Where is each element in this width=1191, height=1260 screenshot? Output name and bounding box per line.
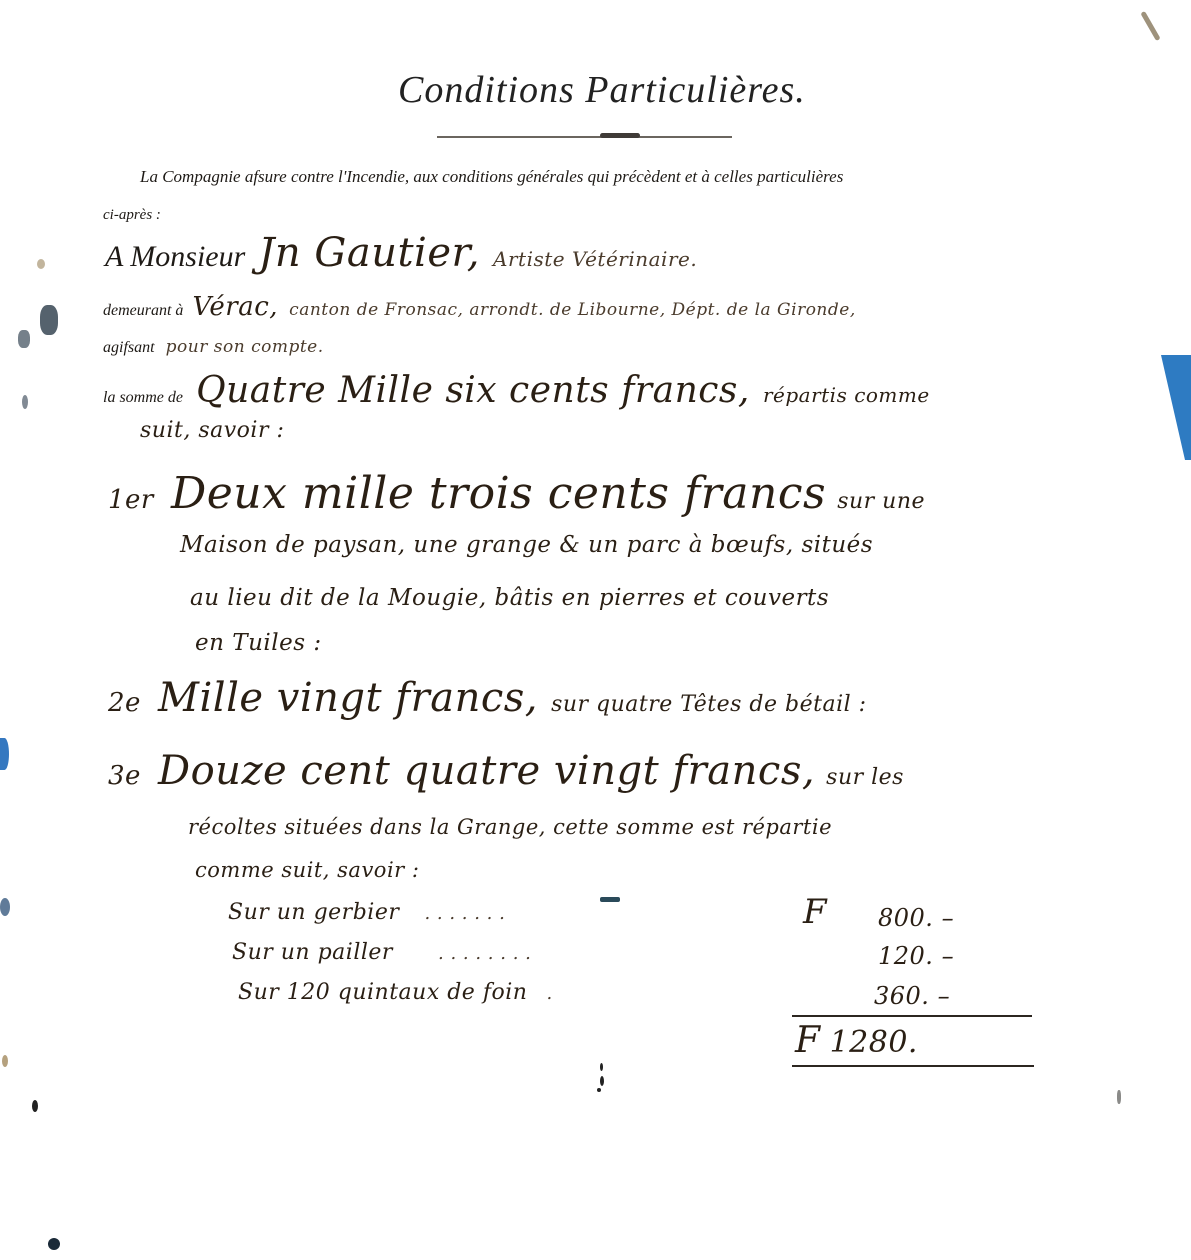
blue-mark [0, 738, 9, 770]
blue-paper-edge [1161, 355, 1191, 460]
breakdown-row: Sur un pailler . . . . . . . . 120. – [232, 940, 1012, 965]
total-currency-symbol: F [795, 1020, 820, 1061]
item-1-amount-words: Deux mille trois cents francs [171, 468, 826, 519]
insured-line: A Monsieur Jn Gautier, Artiste Vétérinai… [105, 230, 697, 276]
item-3-line-2: récoltes situées dans la Grange, cette s… [188, 815, 832, 839]
item-1-line-1: 1er Deux mille trois cents francs sur un… [108, 468, 925, 519]
item-3-number: 3e [108, 761, 141, 791]
sum-prefix: la somme de [103, 389, 183, 406]
acting-value: pour son compte. [166, 337, 324, 357]
breakdown-leader: . . . . . . . . [438, 943, 531, 964]
breakdown-label: Sur un gerbier [228, 900, 399, 925]
breakdown-label: Sur 120 quintaux de foin [238, 980, 527, 1005]
ink-blot [1117, 1090, 1121, 1104]
item-3-suffix: sur les [826, 765, 904, 790]
item-3-line-3: comme suit, savoir : [195, 858, 419, 882]
insured-prefix: A Monsieur [105, 240, 245, 273]
stain-spot [2, 1055, 8, 1067]
ink-blot [0, 898, 10, 916]
title-rule-ornament [600, 133, 640, 138]
ink-mark [597, 1088, 601, 1092]
total-rule-top [792, 1015, 1032, 1017]
item-2-line-1: 2e Mille vingt francs, sur quatre Têtes … [108, 675, 867, 721]
item-2-amount-words: Mille vingt francs, [158, 675, 538, 721]
ink-blot [40, 305, 58, 335]
breakdown-row: Sur 120 quintaux de foin . 360. – [238, 980, 1018, 1005]
ink-mark [600, 1076, 604, 1086]
breakdown-leader: . . . . . . . [424, 903, 505, 924]
ink-mark [600, 1063, 603, 1071]
residence-details: canton de Fronsac, arrondt. de Libourne,… [289, 300, 856, 320]
total-rule-bottom [792, 1065, 1034, 1067]
acting-line: agifsant pour son compte. [103, 337, 324, 357]
intro-line-2: ci-après : [103, 207, 161, 224]
insured-profession: Artiste Vétérinaire. [493, 247, 697, 271]
document-title: Conditions Particulières. [398, 68, 806, 112]
residence-town: Vérac, [193, 292, 279, 322]
item-1-line-2: Maison de paysan, une grange & un parc à… [180, 532, 873, 558]
insured-name: Jn Gautier, [258, 230, 480, 276]
breakdown-total: F 1280. [795, 1020, 918, 1061]
residence-line: demeurant à Vérac, canton de Fronsac, ar… [103, 292, 856, 322]
item-1-suffix: sur une [837, 489, 925, 514]
title-rule [437, 136, 732, 138]
breakdown-label: Sur un pailler [232, 940, 393, 965]
intro-line-1: La Compagnie afsure contre l'Incendie, a… [140, 167, 843, 187]
breakdown-amount: 120. – [878, 942, 954, 970]
residence-prefix: demeurant à [103, 302, 183, 319]
item-1-line-4: en Tuiles : [195, 630, 322, 656]
item-1-line-3: au lieu dit de la Mougie, bâtis en pierr… [190, 585, 829, 611]
breakdown-leader: . [547, 983, 553, 1004]
total-amount: 1280. [830, 1025, 918, 1060]
currency-symbol: F [803, 892, 827, 932]
sum-continuation: suit, savoir : [140, 418, 284, 443]
ink-blot [18, 330, 30, 348]
item-3-amount-words: Douze cent quatre vingt francs, [158, 748, 815, 794]
breakdown-amount: 800. – [878, 904, 954, 932]
ink-blot [32, 1100, 38, 1112]
item-2-suffix: sur quatre Têtes de bétail : [551, 692, 866, 717]
sum-suffix: répartis comme [763, 383, 930, 407]
breakdown-row: Sur un gerbier . . . . . . . F 800. – [228, 900, 1008, 925]
stain-spot [37, 259, 45, 269]
breakdown-amount: 360. – [874, 982, 950, 1010]
acting-prefix: agifsant [103, 339, 155, 356]
item-3-line-1: 3e Douze cent quatre vingt francs, sur l… [108, 748, 904, 794]
ink-blot [48, 1238, 60, 1250]
ink-mark [600, 897, 620, 902]
sum-line: la somme de Quatre Mille six cents franc… [103, 370, 930, 411]
item-2-number: 2e [108, 688, 141, 718]
stain-spot [1140, 11, 1160, 41]
item-1-number: 1er [108, 485, 154, 515]
sum-amount-words: Quatre Mille six cents francs, [196, 370, 750, 411]
ink-blot [22, 395, 28, 409]
